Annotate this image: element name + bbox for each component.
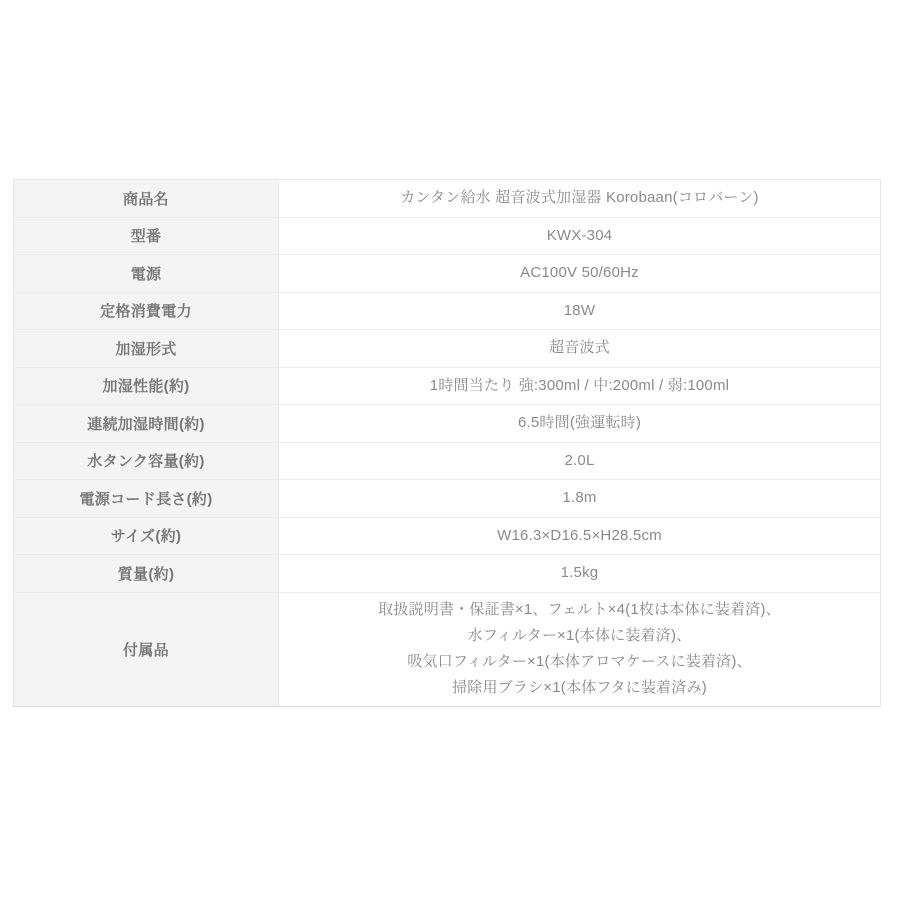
spec-label: 質量(約) — [14, 555, 279, 592]
spec-value: カンタン給水 超音波式加湿器 Korobaan(コロバーン) — [279, 180, 880, 217]
spec-value: 超音波式 — [279, 330, 880, 367]
spec-value: KWX-304 — [279, 218, 880, 255]
spec-value: AC100V 50/60Hz — [279, 255, 880, 292]
spec-value: 2.0L — [279, 443, 880, 480]
spec-row-humidification-performance: 加湿性能(約) 1時間当たり 強:300ml / 中:200ml / 弱:100… — [14, 368, 880, 406]
spec-row-product-name: 商品名 カンタン給水 超音波式加湿器 Korobaan(コロバーン) — [14, 180, 880, 218]
spec-value: W16.3×D16.5×H28.5cm — [279, 518, 880, 555]
spec-label: 定格消費電力 — [14, 293, 279, 330]
spec-value: 1.5kg — [279, 555, 880, 592]
spec-label: 加湿性能(約) — [14, 368, 279, 405]
spec-label: サイズ(約) — [14, 518, 279, 555]
spec-value: 18W — [279, 293, 880, 330]
spec-label: 電源 — [14, 255, 279, 292]
spec-label: 付属品 — [14, 593, 279, 706]
spec-label: 加湿形式 — [14, 330, 279, 367]
spec-label: 水タンク容量(約) — [14, 443, 279, 480]
spec-row-power-source: 電源 AC100V 50/60Hz — [14, 255, 880, 293]
spec-value: 取扱説明書・保証書×1、フェルト×4(1枚は本体に装着済)、 水フィルター×1(… — [279, 593, 880, 706]
spec-label: 連続加湿時間(約) — [14, 405, 279, 442]
spec-row-continuous-humidification-time: 連続加湿時間(約) 6.5時間(強運転時) — [14, 405, 880, 443]
spec-row-model-number: 型番 KWX-304 — [14, 218, 880, 256]
spec-row-humidification-method: 加湿形式 超音波式 — [14, 330, 880, 368]
spec-value: 1.8m — [279, 480, 880, 517]
spec-row-power-cord-length: 電源コード長さ(約) 1.8m — [14, 480, 880, 518]
spec-value: 1時間当たり 強:300ml / 中:200ml / 弱:100ml — [279, 368, 880, 405]
spec-row-water-tank-capacity: 水タンク容量(約) 2.0L — [14, 443, 880, 481]
product-spec-page: 商品名 カンタン給水 超音波式加湿器 Korobaan(コロバーン) 型番 KW… — [0, 0, 900, 900]
spec-label: 商品名 — [14, 180, 279, 217]
spec-table: 商品名 カンタン給水 超音波式加湿器 Korobaan(コロバーン) 型番 KW… — [13, 179, 881, 707]
spec-row-rated-power-consumption: 定格消費電力 18W — [14, 293, 880, 331]
spec-row-weight: 質量(約) 1.5kg — [14, 555, 880, 593]
spec-value: 6.5時間(強運転時) — [279, 405, 880, 442]
spec-row-size: サイズ(約) W16.3×D16.5×H28.5cm — [14, 518, 880, 556]
spec-label: 型番 — [14, 218, 279, 255]
spec-label: 電源コード長さ(約) — [14, 480, 279, 517]
spec-row-accessories: 付属品 取扱説明書・保証書×1、フェルト×4(1枚は本体に装着済)、 水フィルタ… — [14, 593, 880, 706]
